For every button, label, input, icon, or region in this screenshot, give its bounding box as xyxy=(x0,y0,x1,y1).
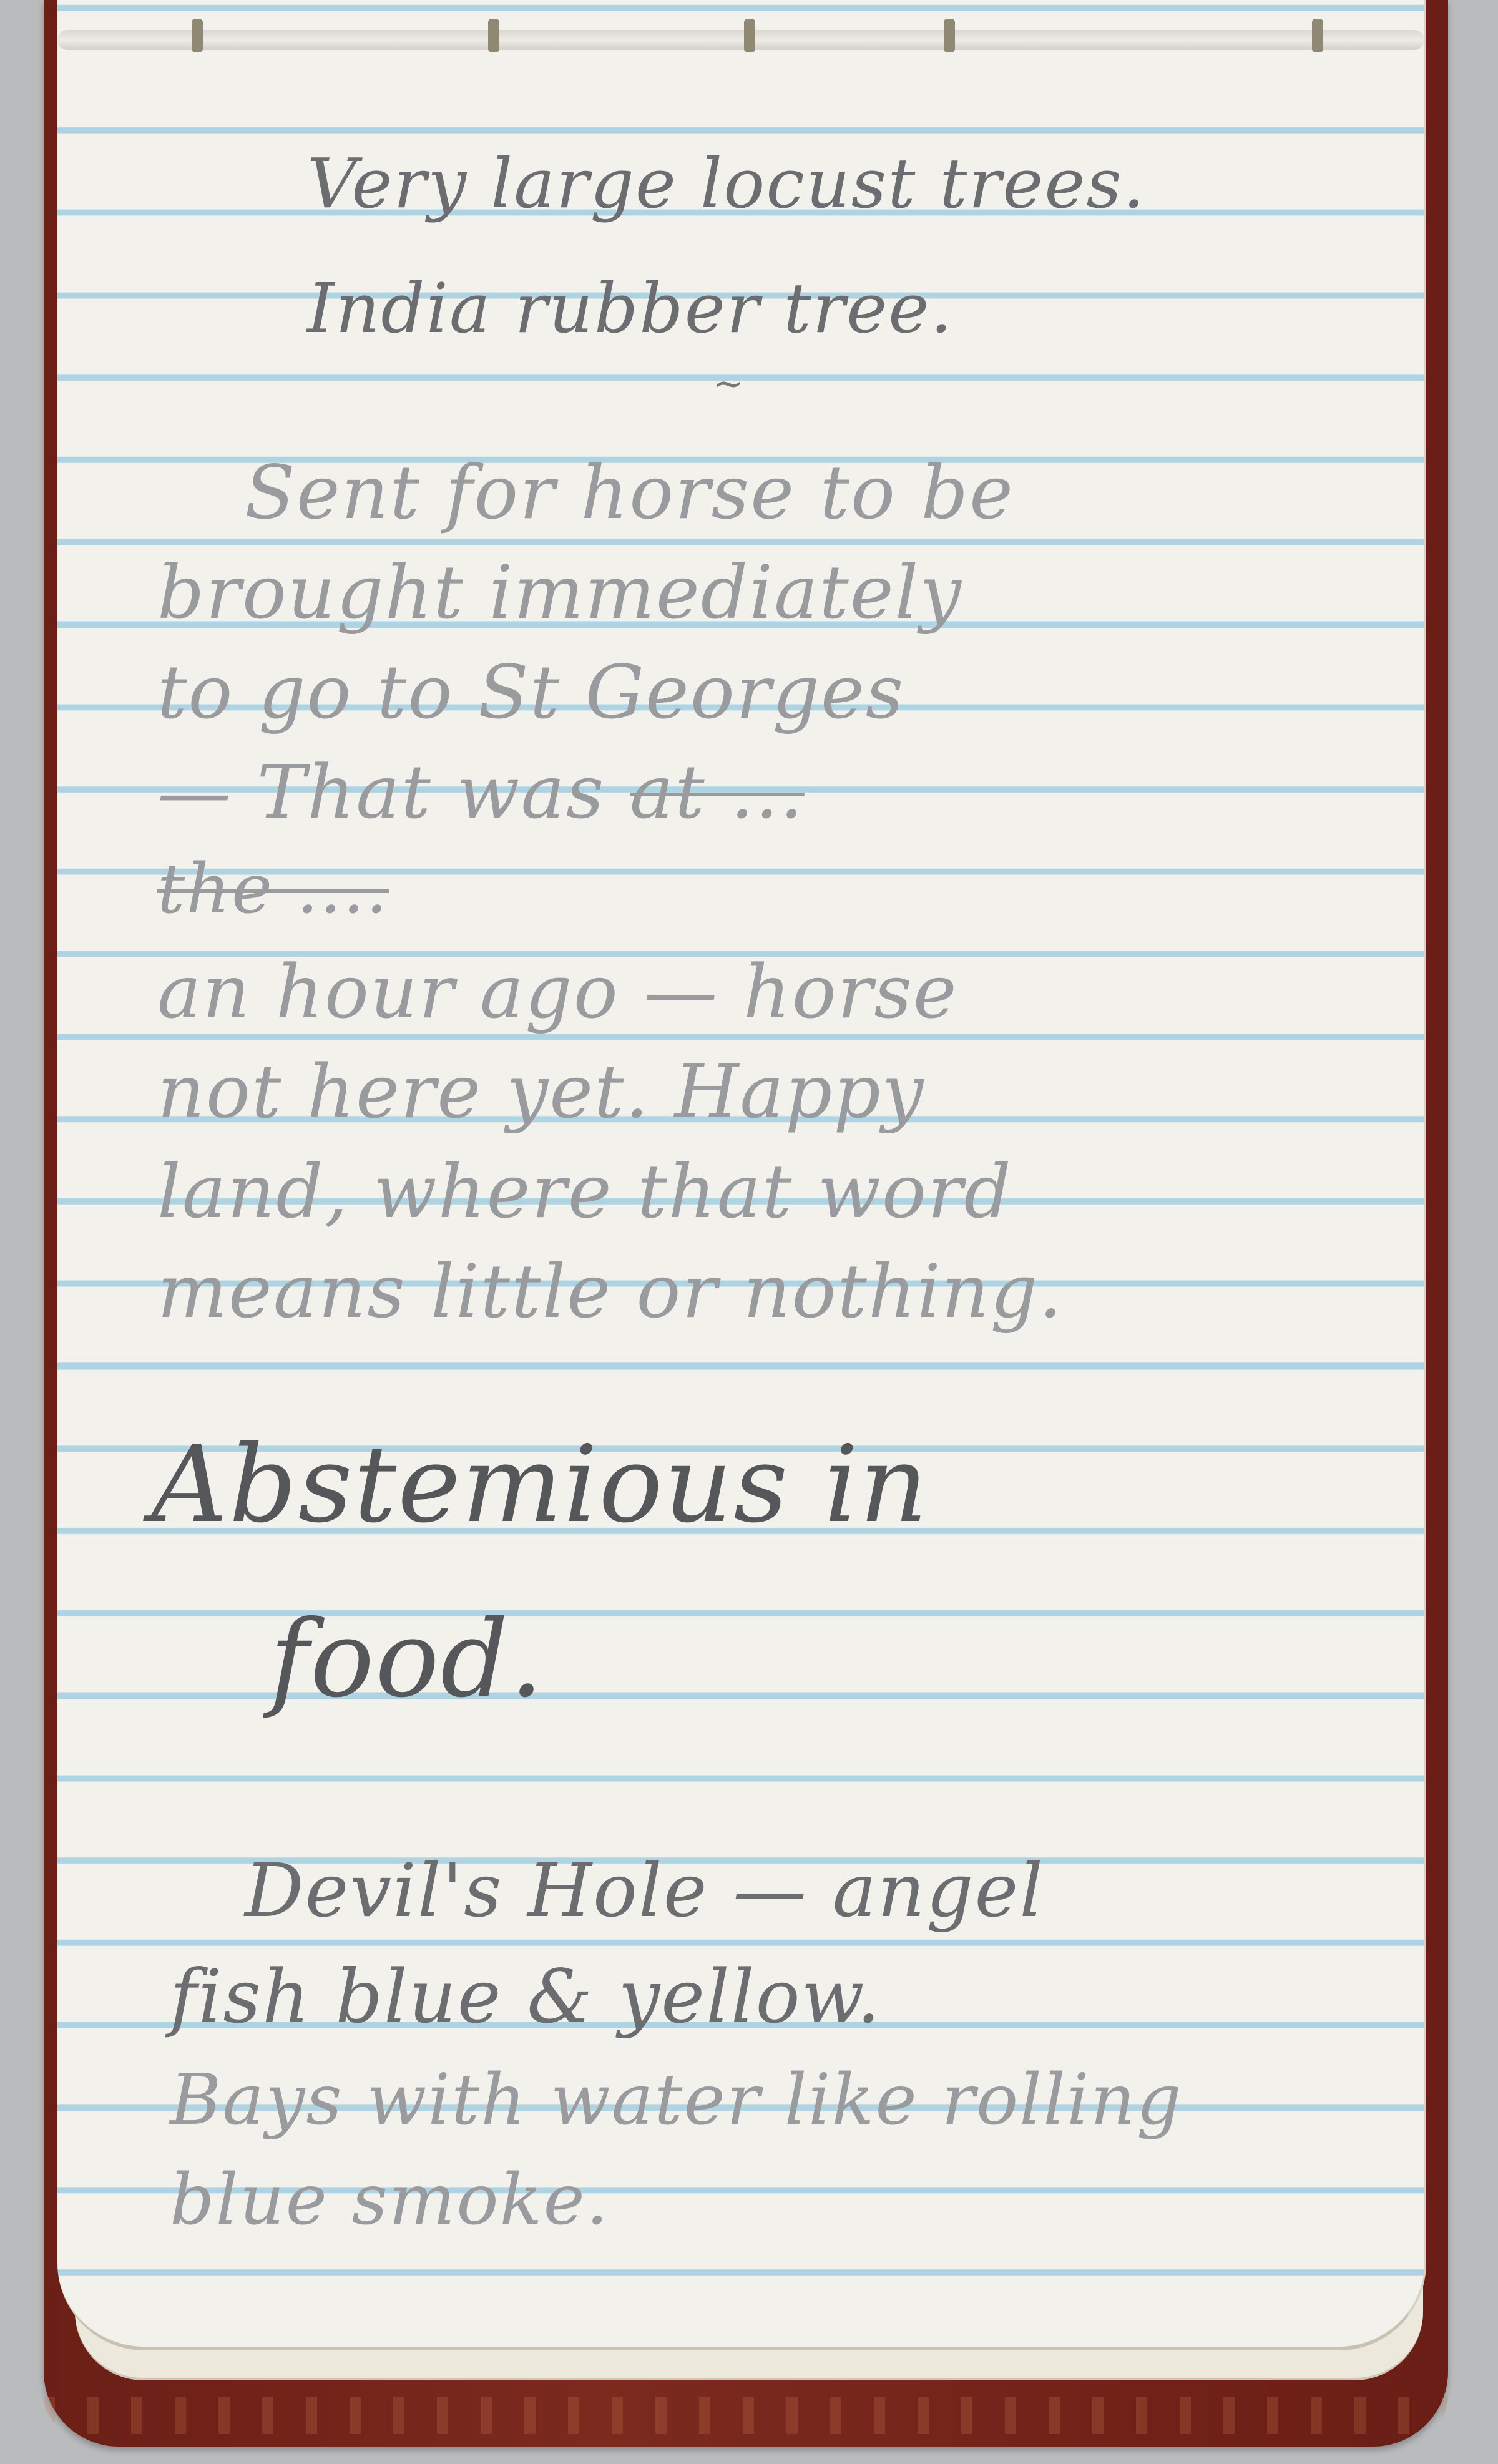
handwritten-line: brought immediately xyxy=(157,549,962,635)
notebook-page: Very large locust trees. India rubber tr… xyxy=(57,0,1426,2350)
line-text: — That was xyxy=(157,749,605,835)
handwritten-line: land, where that word xyxy=(157,1148,1012,1234)
handwriting: Very large locust trees. India rubber tr… xyxy=(57,0,1424,2347)
handwritten-line: Sent for horse to be xyxy=(245,449,1014,535)
handwritten-line: Bays with water like rolling xyxy=(170,2060,1183,2141)
handwritten-line: Very large locust trees. xyxy=(307,144,1146,223)
handwritten-line: India rubber tree. xyxy=(307,268,953,348)
handwritten-line: to go to St Georges xyxy=(157,649,904,735)
handwritten-line: Devil's Hole — angel xyxy=(245,1847,1044,1934)
struck-text: at ... xyxy=(630,749,805,835)
handwritten-line: fish blue & yellow. xyxy=(170,1953,881,2040)
handwritten-line: an hour ago — horse xyxy=(157,949,958,1035)
handwritten-line: means little or nothing. xyxy=(157,1248,1064,1334)
section-separator: ~ xyxy=(713,362,744,406)
handwritten-line-large: Abstemious in xyxy=(151,1423,929,1547)
cover-wear xyxy=(44,2397,1448,2434)
struck-line: the .... xyxy=(157,849,389,929)
handwritten-line-large: food. xyxy=(270,1598,544,1721)
handwritten-line: blue smoke. xyxy=(170,2159,609,2241)
handwritten-line: not here yet. Happy xyxy=(157,1049,924,1135)
handwritten-line: — That was at ... xyxy=(157,749,805,835)
